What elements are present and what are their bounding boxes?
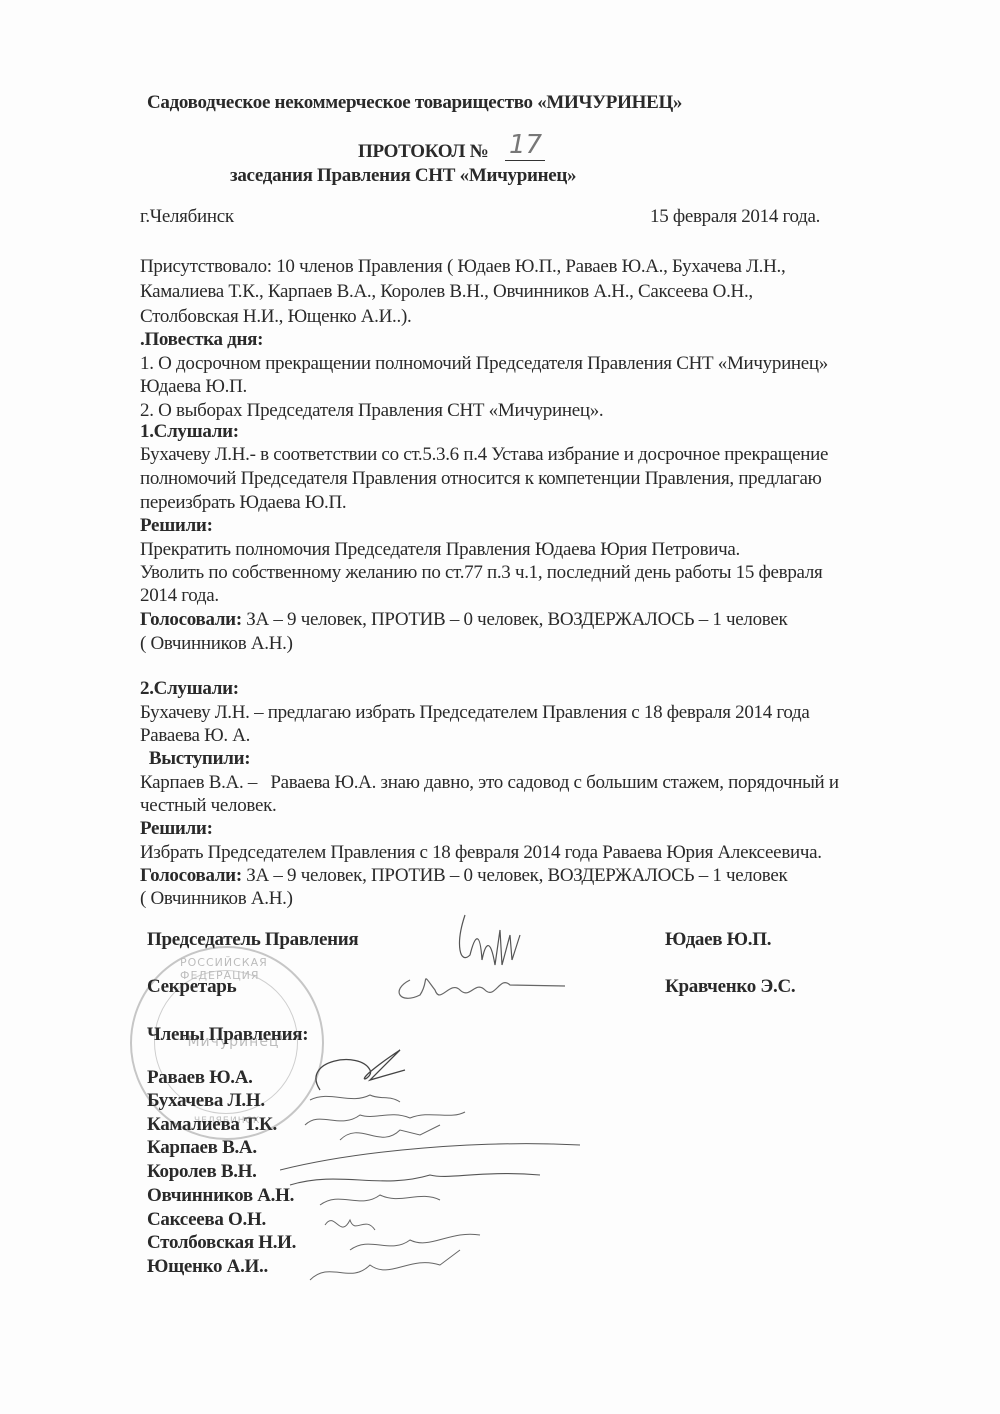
member-name: Саксеева О.Н.	[147, 1209, 266, 1231]
item1-vote: Голосовали: ЗА – 9 человек, ПРОТИВ – 0 ч…	[140, 609, 787, 631]
item2-spoke-line: честный человек.	[140, 795, 277, 817]
item1-voted-label: Голосовали:	[140, 609, 242, 630]
secretary-label: Секретарь	[147, 976, 236, 998]
city: г.Челябинск	[140, 206, 234, 228]
agenda-item: 2. О выборах Председателя Правления СНТ …	[140, 400, 603, 422]
member-name: Овчинников А.Н.	[147, 1185, 294, 1207]
organization-title: Садоводческое некоммерческое товариществ…	[147, 92, 682, 114]
item1-voted-note: ( Овчинников А.Н.)	[140, 633, 293, 655]
item2-heard-line: Бухачеву Л.Н. – предлагаю избрать Предсе…	[140, 702, 810, 724]
item1-heard-line: переизбрать Юдаева Ю.П.	[140, 492, 346, 514]
member-name: Раваев Ю.А.	[147, 1067, 253, 1089]
protocol-label: ПРОТОКОЛ №	[358, 141, 488, 163]
item2-voted-label: Голосовали:	[140, 865, 242, 886]
item2-vote: Голосовали: ЗА – 9 человек, ПРОТИВ – 0 ч…	[140, 865, 787, 887]
protocol-subtitle: заседания Правления СНТ «Мичуринец»	[230, 165, 576, 187]
chairman-label: Председатель Правления	[147, 929, 358, 951]
member-name: Камалиева Т.К.	[147, 1114, 277, 1136]
agenda-heading: .Повестка дня:	[140, 329, 263, 351]
member-name: Бухачева Л.Н.	[147, 1090, 265, 1112]
member-name: Столбовская Н.И.	[147, 1232, 296, 1254]
members-signatures	[280, 1040, 580, 1300]
item1-decided-line: Прекратить полномочия Председателя Правл…	[140, 539, 740, 561]
item1-heard-line: полномочий Председателя Правления относи…	[140, 468, 821, 490]
item1-heard-heading: 1.Слушали:	[140, 421, 239, 443]
date: 15 февраля 2014 года.	[650, 206, 820, 228]
member-name: Ющенко А.И..	[147, 1256, 268, 1278]
agenda-item: 1. О досрочном прекращении полномочий Пр…	[140, 353, 828, 375]
item1-voted-text: ЗА – 9 человек, ПРОТИВ – 0 человек, ВОЗД…	[242, 609, 788, 630]
agenda-item: Юдаева Ю.П.	[140, 376, 247, 398]
item2-decided-line: Избрать Председателем Правления с 18 фев…	[140, 842, 822, 864]
item2-spoke-line: Карпаев В.А. – Раваева Ю.А. знаю давно, …	[140, 772, 839, 794]
item2-decided-heading: Решили:	[140, 818, 213, 840]
secretary-signature	[380, 960, 580, 1020]
item1-decided-heading: Решили:	[140, 515, 213, 537]
item1-heard-line: Бухачеву Л.Н.- в соответствии со ст.5.3.…	[140, 444, 828, 466]
protocol-number-underline	[505, 160, 545, 161]
attendance-line: Камалиева Т.К., Карпаев В.А., Королев В.…	[140, 281, 753, 303]
secretary-name: Кравченко Э.С.	[665, 976, 795, 998]
item2-heard-line: Раваева Ю. А.	[140, 725, 250, 747]
item2-heard-heading: 2.Слушали:	[140, 678, 239, 700]
attendance-line: Столбовская Н.И., Ющенко А.И..).	[140, 306, 411, 328]
item2-voted-text: ЗА – 9 человек, ПРОТИВ – 0 человек, ВОЗД…	[242, 865, 788, 886]
item2-spoke-heading: Выступили:	[140, 748, 250, 770]
protocol-number-handwritten: 17	[509, 130, 542, 160]
member-name: Карпаев В.А.	[147, 1137, 257, 1159]
attendance-line: Присутствовало: 10 членов Правления ( Юд…	[140, 256, 785, 278]
chairman-name: Юдаев Ю.П.	[665, 929, 771, 951]
member-name: Королев В.Н.	[147, 1161, 257, 1183]
item1-decided-line: Уволить по собственному желанию по ст.77…	[140, 562, 822, 584]
document-page: Садоводческое некоммерческое товариществ…	[0, 0, 1000, 1414]
item1-decided-line: 2014 года.	[140, 585, 219, 607]
item2-voted-note: ( Овчинников А.Н.)	[140, 888, 293, 910]
